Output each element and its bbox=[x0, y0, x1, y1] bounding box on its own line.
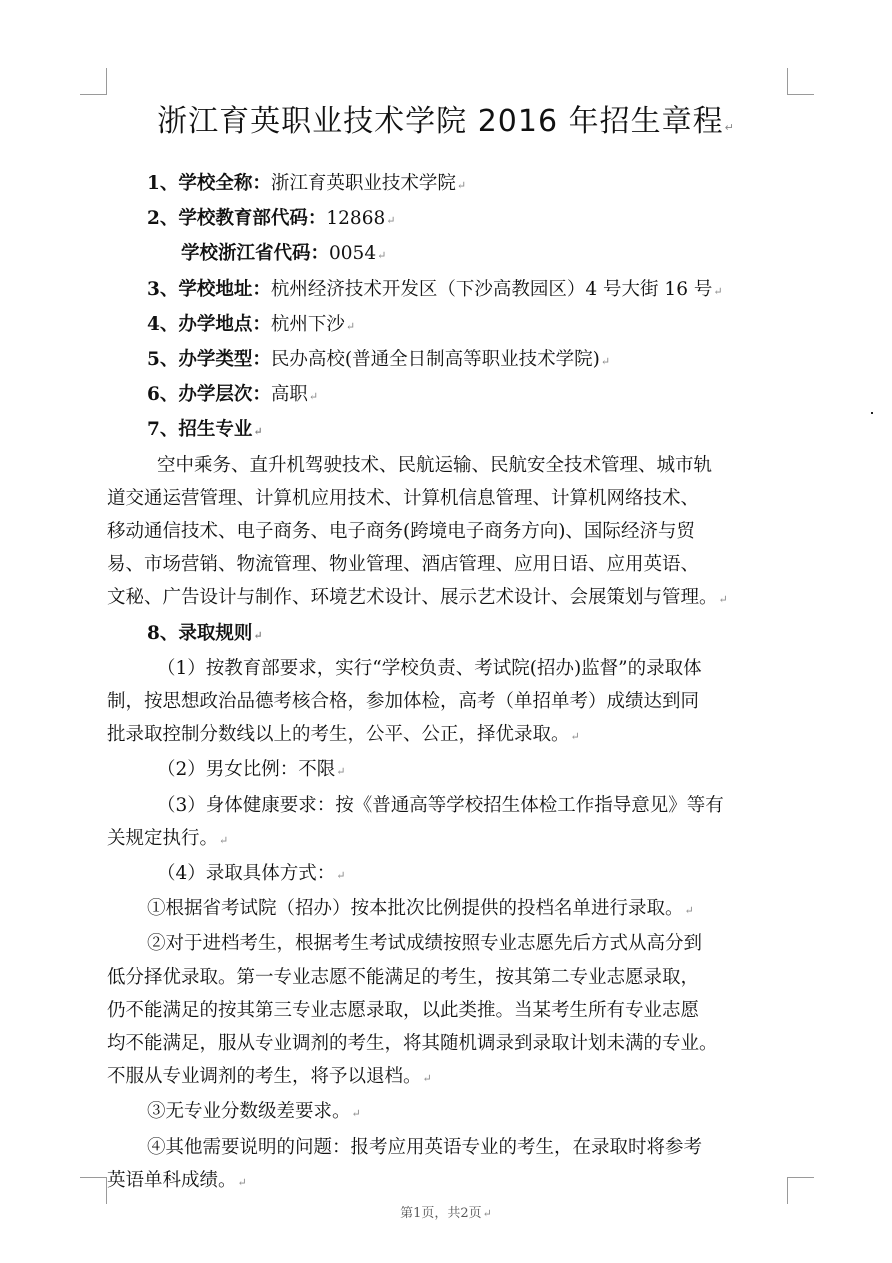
info-item-school-level: 6、办学层次：高职↵ bbox=[107, 378, 789, 413]
item-value: 杭州下沙 bbox=[271, 314, 345, 335]
paragraph-mark-icon: ↵ bbox=[725, 121, 735, 134]
item-value: 高职 bbox=[271, 384, 308, 405]
rule-line: （2）男女比例：不限↵ bbox=[107, 753, 789, 788]
rule-line: （3）身体健康要求：按《普通高等学校招生体检工作指导意见》等有 bbox=[107, 789, 789, 822]
info-item-school-type: 5、办学类型：民办高校(普通全日制高等职业技术学院)↵ bbox=[107, 343, 789, 378]
paragraph-mark-icon: ↵ bbox=[571, 730, 580, 743]
item-number: 4、 bbox=[147, 314, 178, 335]
item-label: 办学地点： bbox=[178, 314, 271, 335]
method-3: ③无专业分数级差要求。↵ bbox=[107, 1095, 789, 1130]
rule-line: 制，按思想政治品德考核合格，参加体检，高考（单招单考）成绩达到同 bbox=[107, 685, 789, 718]
info-item-address: 3、学校地址：杭州经济技术开发区（下沙高教园区）4 号大街 16 号↵ bbox=[107, 273, 789, 308]
item-label: 学校全称： bbox=[178, 173, 271, 194]
method-1: ①根据省考试院（招办）按本批次比例提供的投档名单进行录取。↵ bbox=[107, 892, 789, 927]
rule-line-text: （2）男女比例：不限 bbox=[157, 759, 335, 780]
info-item-province-code: 学校浙江省代码：0054↵ bbox=[107, 237, 789, 272]
item-value: 0054 bbox=[329, 243, 376, 264]
method-4: ④其他需要说明的问题：报考应用英语专业的考生，在录取时将参考 英语单科成绩。↵ bbox=[107, 1131, 789, 1199]
paragraph-mark-icon: ↵ bbox=[386, 214, 395, 227]
rule-4: （4）录取具体方式：↵ bbox=[107, 857, 789, 892]
info-item-location: 4、办学地点：杭州下沙↵ bbox=[107, 308, 789, 343]
paragraph-mark-icon: ↵ bbox=[253, 425, 262, 438]
page-number-text: 第1页，共2页 bbox=[400, 1206, 482, 1221]
method-line-text: 英语单科成绩。 bbox=[107, 1170, 237, 1191]
method-line: ④其他需要说明的问题：报考应用英语专业的考生，在录取时将参考 bbox=[107, 1131, 789, 1164]
method-line: ③无专业分数级差要求。↵ bbox=[107, 1095, 789, 1130]
rule-3: （3）身体健康要求：按《普通高等学校招生体检工作指导意见》等有 关规定执行。↵ bbox=[107, 789, 789, 857]
majors-line: 文秘、广告设计与制作、环境艺术设计、展示艺术设计、会展策划与管理。↵ bbox=[107, 581, 789, 616]
paragraph-mark-icon: ↵ bbox=[219, 834, 228, 847]
method-line: 英语单科成绩。↵ bbox=[107, 1164, 789, 1199]
majors-line: 空中乘务、直升机驾驶技术、民航运输、民航安全技术管理、城市轨 bbox=[107, 449, 789, 482]
item-value: 浙江育英职业技术学院 bbox=[271, 173, 456, 194]
paragraph-mark-icon: ↵ bbox=[601, 355, 610, 368]
item-value: 杭州经济技术开发区（下沙高教园区）4 号大街 16 号 bbox=[271, 279, 712, 300]
item-value: 民办高校(普通全日制高等职业技术学院) bbox=[271, 349, 600, 370]
paragraph-mark-icon: ↵ bbox=[719, 593, 728, 606]
info-item-full-name: 1、学校全称：浙江育英职业技术学院↵ bbox=[107, 167, 789, 202]
page-corner-mark-top-left bbox=[80, 68, 107, 95]
item-number: 3、 bbox=[147, 279, 178, 300]
paragraph-mark-icon: ↵ bbox=[352, 1107, 361, 1120]
page-corner-mark-bottom-left bbox=[80, 1177, 107, 1204]
paragraph-mark-icon: ↵ bbox=[685, 904, 694, 917]
paragraph-mark-icon: ↵ bbox=[457, 179, 466, 192]
heading-text: 8、录取规则 bbox=[147, 623, 252, 644]
paragraph-mark-icon: ↵ bbox=[253, 629, 262, 642]
item-label: 办学类型： bbox=[178, 349, 271, 370]
method-line-text: 不服从专业调剂的考生，将予以退档。 bbox=[107, 1066, 422, 1087]
method-line-text: ③无专业分数级差要求。 bbox=[147, 1101, 351, 1122]
rule-line: （4）录取具体方式：↵ bbox=[107, 857, 789, 892]
paragraph-mark-icon: ↵ bbox=[238, 1176, 247, 1189]
item-label: 学校浙江省代码： bbox=[181, 243, 329, 264]
info-item-ministry-code: 2、学校教育部代码：12868↵ bbox=[107, 202, 789, 237]
item-number: 1、 bbox=[147, 173, 178, 194]
method-line-text: ①根据省考试院（招办）按本批次比例提供的投档名单进行录取。 bbox=[147, 898, 684, 919]
rule-2: （2）男女比例：不限↵ bbox=[107, 753, 789, 788]
section-heading-admission-rules: 8、录取规则↵ bbox=[107, 617, 789, 652]
item-label: 办学层次： bbox=[178, 384, 271, 405]
rule-line: 关规定执行。↵ bbox=[107, 822, 789, 857]
section-heading-majors: 7、招生专业↵ bbox=[107, 413, 789, 448]
item-number: 6、 bbox=[147, 384, 178, 405]
paragraph-mark-icon: ↵ bbox=[336, 765, 345, 778]
heading-text: 7、招生专业 bbox=[147, 419, 252, 440]
paragraph-mark-icon: ↵ bbox=[483, 1207, 492, 1220]
item-number: 5、 bbox=[147, 349, 178, 370]
margin-dot bbox=[871, 412, 873, 414]
method-line: 不服从专业调剂的考生，将予以退档。↵ bbox=[107, 1060, 789, 1095]
rule-line-text: 批录取控制分数线以上的考生，公平、公正，择优录取。 bbox=[107, 724, 570, 745]
rule-line: 批录取控制分数线以上的考生，公平、公正，择优录取。↵ bbox=[107, 718, 789, 753]
majors-paragraph: 空中乘务、直升机驾驶技术、民航运输、民航安全技术管理、城市轨 道交通运营管理、计… bbox=[107, 449, 789, 617]
paragraph-mark-icon: ↵ bbox=[377, 249, 386, 262]
method-line: ②对于进档考生，根据考生考试成绩按照专业志愿先后方式从高分到 bbox=[107, 927, 789, 960]
majors-line: 易、市场营销、物流管理、物业管理、酒店管理、应用日语、应用英语、 bbox=[107, 548, 789, 581]
rule-line-text: 关规定执行。 bbox=[107, 828, 218, 849]
majors-line-text: 文秘、广告设计与制作、环境艺术设计、展示艺术设计、会展策划与管理。 bbox=[107, 587, 718, 608]
page-corner-mark-top-right bbox=[787, 68, 814, 95]
item-value: 12868 bbox=[326, 208, 385, 229]
majors-line: 道交通运营管理、计算机应用技术、计算机信息管理、计算机网络技术、 bbox=[107, 482, 789, 515]
rule-1: （1）按教育部要求，实行“学校负责、考试院(招办)监督”的录取体 制，按思想政治… bbox=[107, 652, 789, 754]
item-number: 2、 bbox=[147, 208, 178, 229]
method-2: ②对于进档考生，根据考生考试成绩按照专业志愿先后方式从高分到 低分择优录取。第一… bbox=[107, 927, 789, 1095]
paragraph-mark-icon: ↵ bbox=[346, 320, 355, 333]
method-line: 仍不能满足的按其第三专业志愿录取，以此类推。当某考生所有专业志愿 bbox=[107, 994, 789, 1027]
document-title: 浙江育英职业技术学院 2016 年招生章程↵ bbox=[0, 96, 892, 140]
majors-line: 移动通信技术、电子商务、电子商务(跨境电子商务方向)、国际经济与贸 bbox=[107, 515, 789, 548]
paragraph-mark-icon: ↵ bbox=[713, 285, 722, 298]
rule-line: （1）按教育部要求，实行“学校负责、考试院(招办)监督”的录取体 bbox=[107, 652, 789, 685]
page-corner-mark-bottom-right bbox=[787, 1177, 814, 1204]
method-line: 低分择优录取。第一专业志愿不能满足的考生，按其第二专业志愿录取， bbox=[107, 961, 789, 994]
rule-line-text: （4）录取具体方式： bbox=[157, 863, 335, 884]
method-line: 均不能满足，服从专业调剂的考生，将其随机调录到录取计划未满的专业。 bbox=[107, 1027, 789, 1060]
paragraph-mark-icon: ↵ bbox=[423, 1072, 432, 1085]
paragraph-mark-icon: ↵ bbox=[336, 869, 345, 882]
paragraph-mark-icon: ↵ bbox=[309, 390, 318, 403]
item-label: 学校教育部代码： bbox=[178, 208, 326, 229]
page-footer: 第1页，共2页↵ bbox=[0, 1202, 892, 1221]
item-label: 学校地址： bbox=[178, 279, 271, 300]
document-body: 1、学校全称：浙江育英职业技术学院↵ 2、学校教育部代码：12868↵ 学校浙江… bbox=[107, 167, 789, 1199]
method-line: ①根据省考试院（招办）按本批次比例提供的投档名单进行录取。↵ bbox=[107, 892, 789, 927]
title-text: 浙江育英职业技术学院 2016 年招生章程 bbox=[157, 104, 723, 139]
